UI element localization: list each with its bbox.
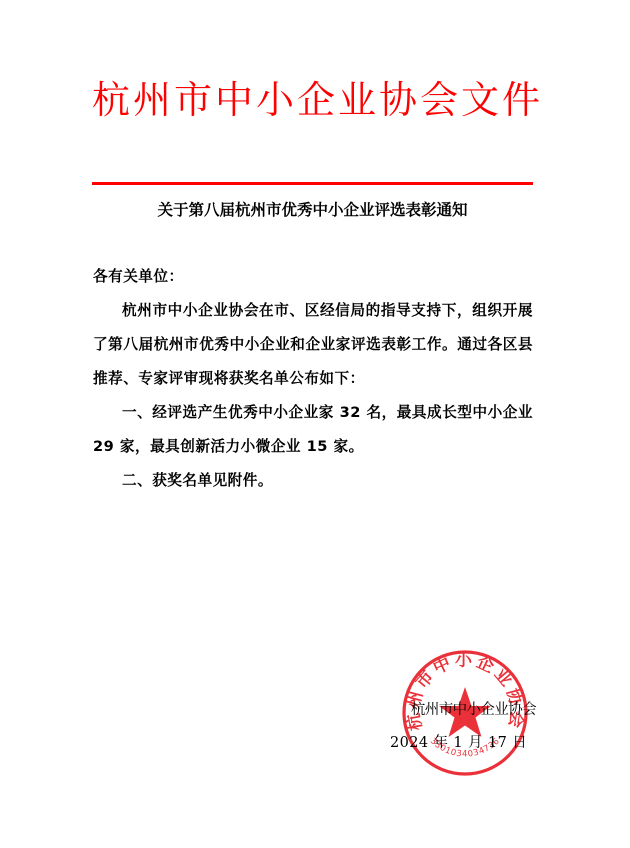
body-paragraph-intro: 杭州市中小企业协会在市、区经信局的指导支持下，组织开展了第八届杭州市优秀中小企业… [93, 294, 533, 396]
star-icon [439, 687, 491, 737]
notice-subject: 关于第八届杭州市优秀中小企业评选表彰通知 [92, 198, 533, 222]
document-header-title: 杭州市中小企业协会文件 [92, 76, 533, 124]
body-paragraph-results: 一、经评选产生优秀中小企业家 32 名，最具成长型中小企业 29 家，最具创新活… [93, 396, 533, 464]
body-paragraph-attachment: 二、获奖名单见附件。 [93, 464, 533, 498]
salutation: 各有关单位： [93, 260, 533, 294]
official-seal-stamp: 杭州市中小企业协会 3301034034736 [401, 649, 529, 777]
seal-serial-number: 3301034034736 [428, 736, 502, 759]
document-page: 杭州市中小企业协会文件 关于第八届杭州市优秀中小企业评选表彰通知 各有关单位： … [0, 0, 630, 848]
header-red-rule [92, 182, 533, 185]
notice-body: 各有关单位： 杭州市中小企业协会在市、区经信局的指导支持下，组织开展了第八届杭州… [93, 260, 533, 498]
